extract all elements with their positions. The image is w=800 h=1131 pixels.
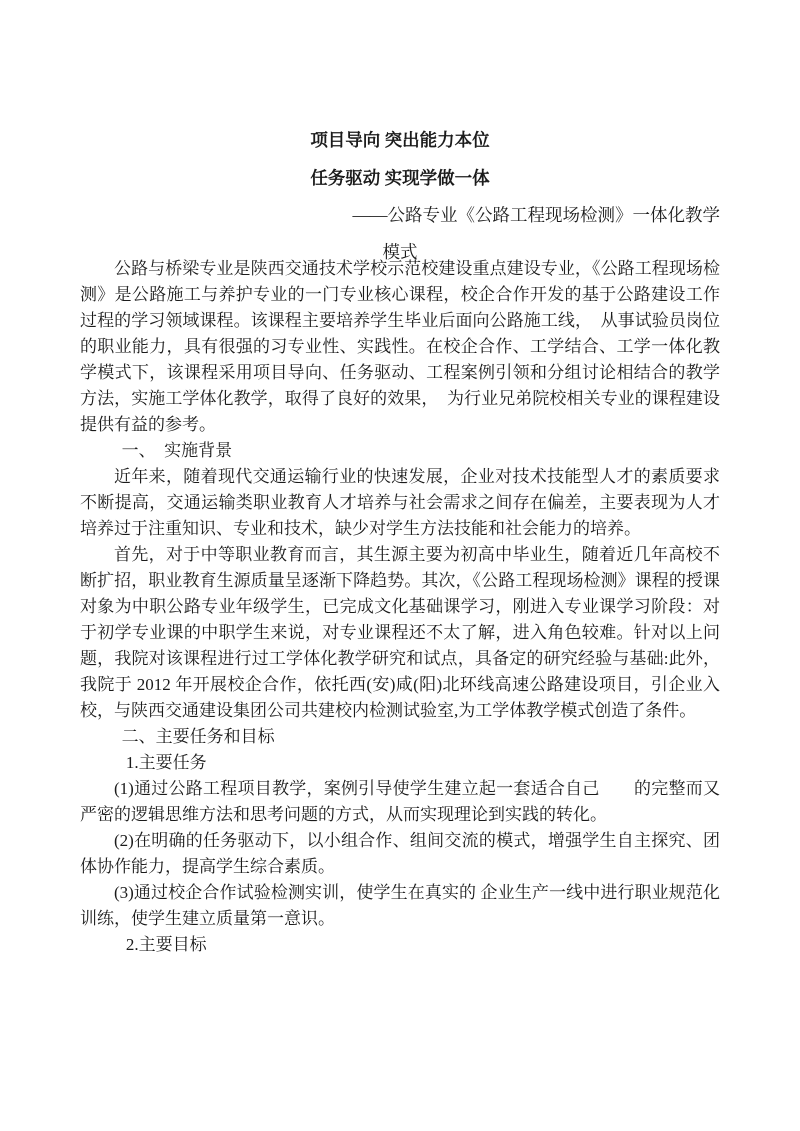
paragraph-task-1: (1)通过公路工程项目教学，案例引导使学生建立起一套适合自己 的完整而又严密的逻… [80, 776, 720, 828]
paragraph-background-1: 近年来，随着现代交通运输行业的快速发展，企业对技术技能型人才的素质要求不断提高，… [80, 464, 720, 542]
doc-title-line1: 项目导向 突出能力本位 [80, 128, 720, 152]
document-body: 公路与桥梁专业是陕西交通技术学校示范校建设重点建设专业，《公路工程现场检测》是公… [80, 256, 720, 958]
paragraph-background-2: 首先，对于中等职业教育而言，其生源主要为初高中毕业生，随着近几年高校不断扩招，职… [80, 542, 720, 724]
heading-section-2-tasks-goals: 二、主要任务和目标 [80, 724, 720, 750]
heading-sub-1-main-tasks: 1.主要任务 [80, 750, 720, 776]
heading-section-1-background: 一、 实施背景 [80, 438, 720, 464]
doc-title-line2: 任务驱动 实现学做一体 [80, 166, 720, 190]
paragraph-intro: 公路与桥梁专业是陕西交通技术学校示范校建设重点建设专业，《公路工程现场检测》是公… [80, 256, 720, 438]
heading-sub-2-main-goals: 2.主要目标 [80, 932, 720, 958]
paragraph-task-3: (3)通过校企合作试验检测实训，使学生在真实的 企业生产一线中进行职业规范化训练… [80, 880, 720, 932]
document-page: 项目导向 突出能力本位 任务驱动 实现学做一体 ——公路专业《公路工程现场检测》… [0, 0, 800, 1131]
paragraph-task-2: (2)在明确的任务驱动下，以小组合作、组间交流的模式，增强学生自主探究、团体协作… [80, 828, 720, 880]
doc-subtitle-line1: ——公路专业《公路工程现场检测》一体化教学 [80, 203, 720, 227]
